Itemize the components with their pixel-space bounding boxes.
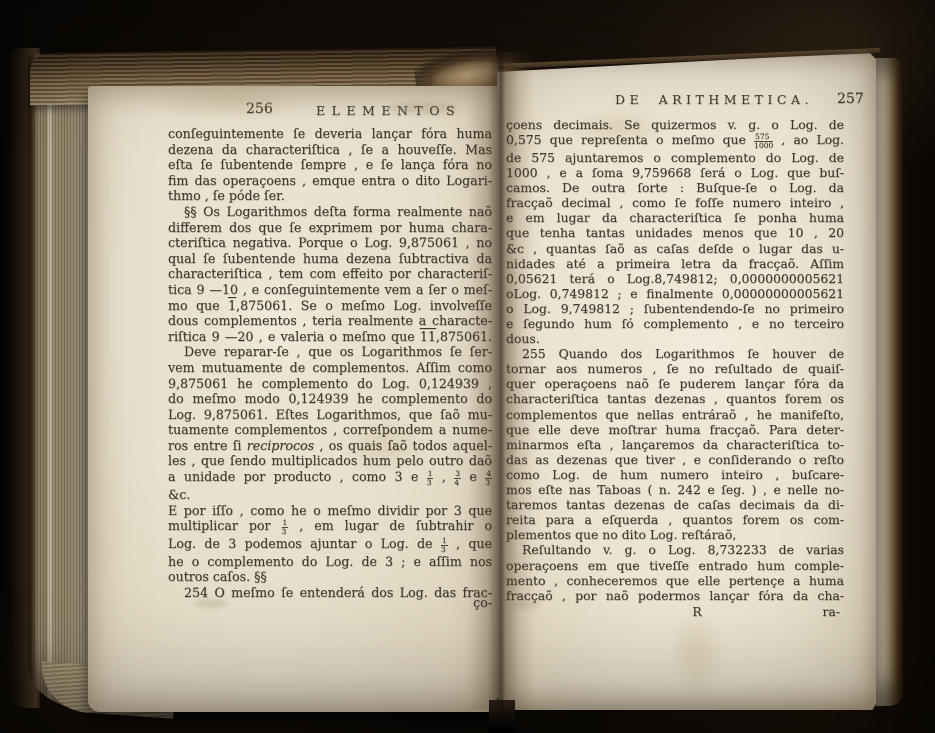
right-catchword: ra- (823, 604, 841, 619)
text-line: Log. 9,875061. Eſtes Logarithmos, que ſa… (168, 407, 492, 423)
text-line: Deve reparar-ſe , que os Logarithmos ſe … (168, 344, 492, 360)
text-line: outros caſos. §§ (168, 569, 492, 585)
text-line: qual ſe ſubentende huma dezena ſubtracti… (168, 251, 492, 267)
right-page-number: 257 (837, 91, 864, 107)
text-line: quer operaçoens naõ ſe puderem lançar fó… (506, 376, 844, 391)
paper-stain (667, 608, 727, 698)
text-line: a unidade por producto , como 3 e 13 , 3… (168, 469, 492, 487)
text-line: de 575 ajuntaremos o complemento do Log.… (506, 150, 844, 165)
left-page: 256 ELEMENTOS conſeguintemente ſe deveri… (88, 86, 497, 712)
spine-tail-shadow (489, 700, 515, 733)
text-line: reita para a eſquerda , quantos forem os… (506, 512, 844, 527)
text-line: oLog. 0,749812 ; e finalmente 0,00000000… (506, 286, 844, 301)
text-line: que tenha tantas unidades menos que 10 ,… (506, 225, 844, 240)
text-line: §§ Os Logarithmos deſta forma realmente … (168, 204, 492, 220)
left-running-title: ELEMENTOS (316, 103, 461, 118)
stacked-fraction: 5751000 (754, 133, 773, 150)
gathering-signature: R (692, 604, 701, 619)
right-page: DE ARITHMETICA. 257 çoens decimais. Se q… (497, 48, 882, 710)
book-photograph: 256 ELEMENTOS conſeguintemente ſe deveri… (0, 0, 935, 733)
text-line: multiplicar por 13 , em lugar de ſubtrah… (168, 518, 492, 536)
text-line: das as dezenas que tiver , e conſiderand… (506, 452, 844, 467)
text-line: mos eſte nas Taboas ( n. 242 e ſeg. ) , … (506, 482, 844, 497)
text-line: como Log. de hum numero inteiro , buſcar… (506, 467, 844, 482)
text-line: minarmos eſta , lançaremos da characteri… (506, 437, 844, 452)
text-line: dous complementos , teria realmente a ch… (168, 313, 492, 329)
text-line: cteriſtica negativa. Porque o Log. 9,875… (168, 235, 492, 251)
text-line: tica 9 —10 , e conſeguintemente vem a ſe… (168, 282, 492, 298)
text-line: he o complemento do Log. de 3 ; e aſſim … (168, 554, 492, 570)
text-line: &c. (168, 487, 492, 503)
paper-stain (148, 80, 308, 120)
text-line: complementos que nellas entráraõ , he ma… (506, 407, 844, 422)
right-text-column: çoens decimais. Se quizermos v. g. o Log… (506, 117, 844, 603)
text-line: dous. (506, 331, 844, 346)
text-line: &c , quantas ſaõ as caſas deſde o lugar … (506, 241, 844, 256)
text-line: 9,875061 he complemento do Log. 0,124939… (168, 376, 492, 392)
text-line: riſtica 9 —20 , e valeria o meſmo que 11… (168, 329, 492, 345)
text-line: E por iſſo , como he o meſmo dividir por… (168, 503, 492, 519)
stacked-fraction: 34 (454, 470, 461, 487)
text-line: Log. de 3 podemos ajuntar o Log. de 13 ,… (168, 536, 492, 554)
text-line: e em lugar da characteriſtica ſe ponha h… (506, 210, 844, 225)
text-line: 0,575 que repreſenta o meſmo que 5751000… (506, 132, 844, 150)
text-line: eſta ſe ſubentende ſempre , e ſe lança f… (168, 157, 492, 173)
signature-row: R ra- (506, 604, 844, 619)
right-running-title: DE ARITHMETICA. (615, 92, 813, 107)
stacked-fraction: 13 (427, 470, 434, 487)
text-line: nidades até a primeira letra da fracçaõ.… (506, 256, 844, 271)
text-line: differem dos que ſe exprimem por huma ch… (168, 220, 492, 236)
text-line: fracçaõ decimal , como ſe foſſe numero i… (506, 195, 844, 210)
text-line: taremos tantas dezenas de caſas decimais… (506, 497, 844, 512)
text-line: les , que ſendo multiplicados hum pelo o… (168, 453, 492, 469)
text-line: 0,05621 terá o Log.8,749812; 0,000000000… (506, 271, 844, 286)
text-line: e ſegundo hum ſó complemento , e no terc… (506, 316, 844, 331)
text-line: characteriſtica , tem com effeito por ch… (168, 266, 492, 282)
text-line: ros entre ſi reciprocos , os quais ſaõ t… (168, 438, 492, 454)
left-page-number: 256 (246, 101, 273, 117)
text-line: plementos que no dito Log. reſtáraõ, (506, 527, 844, 542)
text-line: 255 Quando dos Logarithmos ſe houver de (506, 346, 844, 361)
text-line: fracçaõ , por naõ podermos lançar fóra d… (506, 588, 844, 603)
left-page-stack-fore-edge (28, 54, 95, 711)
stacked-fraction: 13 (282, 519, 289, 536)
text-line: çoens decimais. Se quizermos v. g. o Log… (506, 117, 844, 132)
text-line: mo que 1,875061. Se o meſmo Log. involve… (168, 298, 492, 314)
left-catchword: ço- (168, 595, 496, 611)
text-line: mento , conheceremos que elle pertençe a… (506, 573, 844, 588)
text-line: do meſmo modo 0,124939 he complemento do (168, 391, 492, 407)
text-line: dezena da characteriſtica , ſe a houveſſ… (168, 142, 492, 158)
text-line: 1000 , e a ſoma 9,759668 ſerá o Log. que… (506, 165, 844, 180)
text-line: o Log. 9,749812 ; ſubentendendo-ſe no pr… (506, 301, 844, 316)
right-page-stack-fore-edge (876, 58, 903, 706)
text-line: fim das operaçoens , emque entra o dito … (168, 173, 492, 189)
stacked-fraction: 13 (441, 537, 448, 554)
text-line: conſeguintemente ſe deveria lançar fóra … (168, 126, 492, 142)
stacked-fraction: 43 (485, 470, 492, 487)
text-line: operaçoens em que tiveſſe entrado hum co… (506, 558, 844, 573)
text-line: tuamente complementos , correſpondem a n… (168, 422, 492, 438)
text-line: que elle deve moſtrar huma fracçaõ. Para… (506, 422, 844, 437)
text-line: Reſultando v. g. o Log. 8,732233 de vari… (506, 542, 844, 557)
text-line: characteriſtica tantas dezenas , quantos… (506, 391, 844, 406)
left-text-column: conſeguintemente ſe deveria lançar fóra … (168, 126, 492, 601)
text-line: vem mutuamente de complementos. Aſſim co… (168, 360, 492, 376)
text-line: thmo , ſe póde ſer. (168, 188, 492, 204)
text-line: tornar aos numeros , ſe no reſultado de … (506, 361, 844, 376)
text-line: camos. De outra ſorte : Buſque-ſe o Log.… (506, 180, 844, 195)
